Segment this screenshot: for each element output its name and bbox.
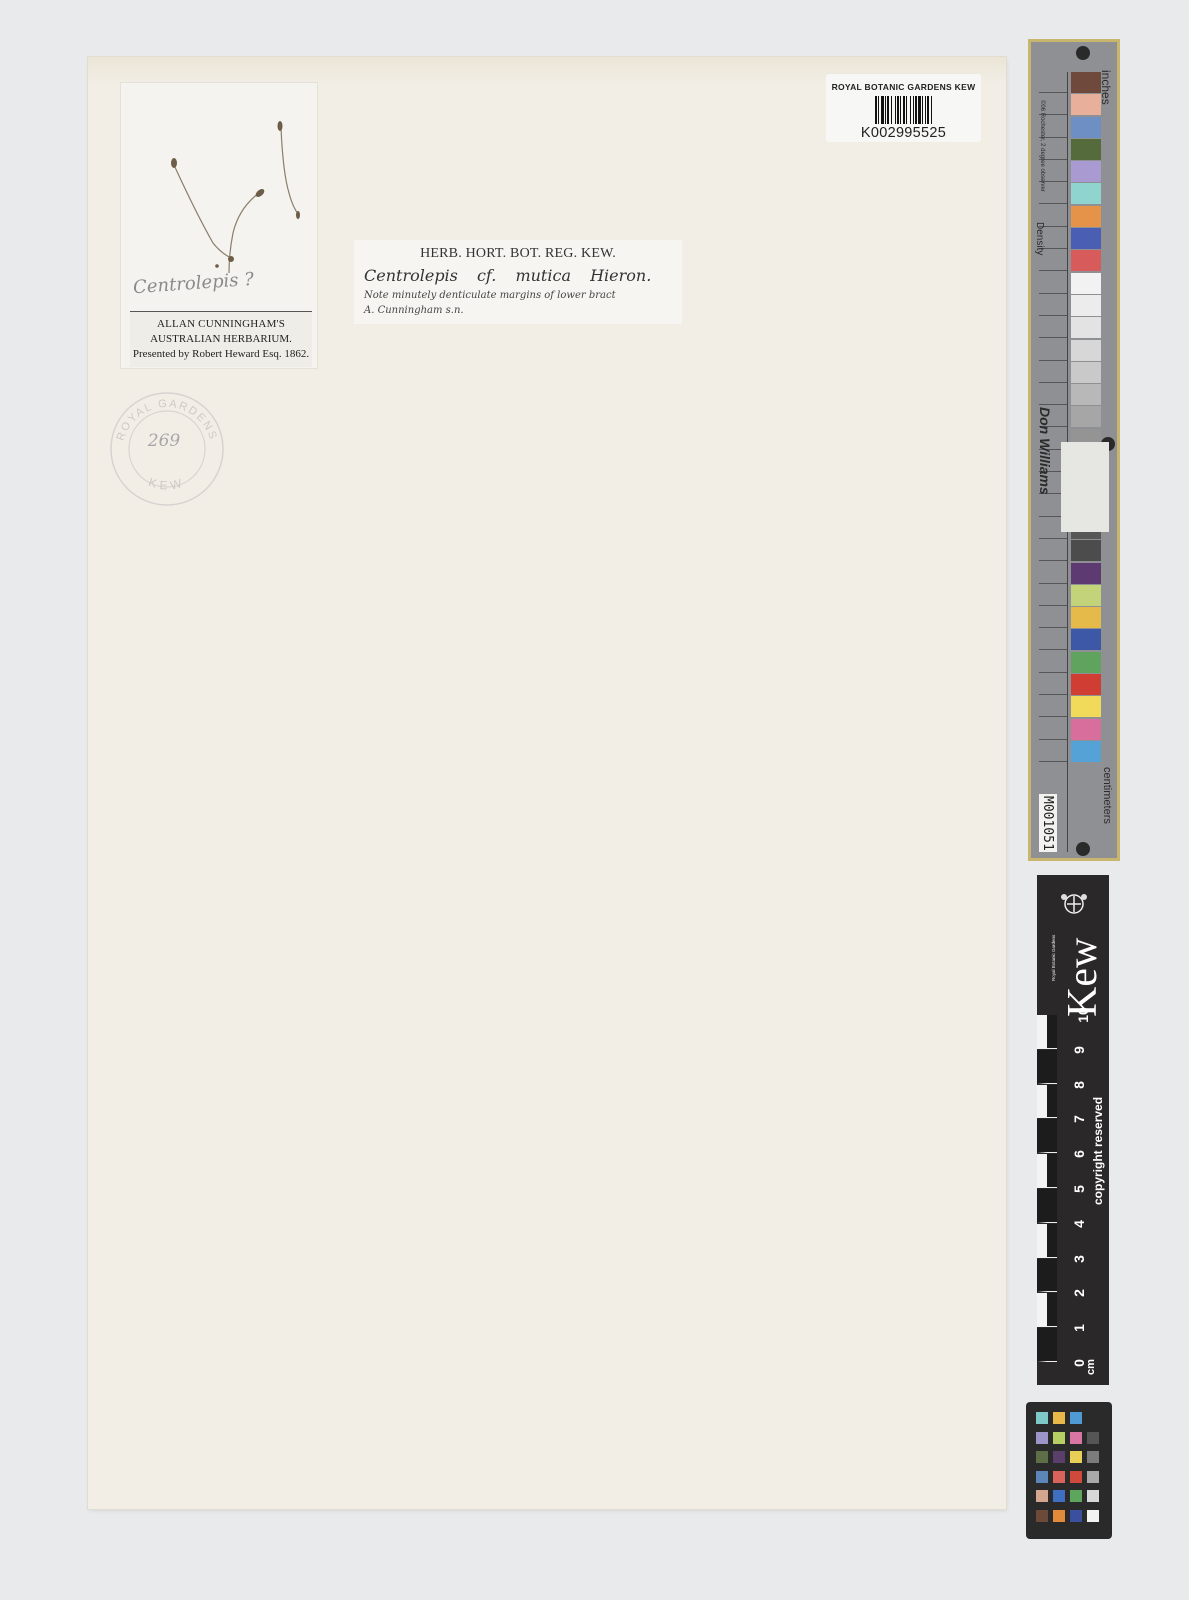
kew-cm-scale: Royal Botanic Gardens Kew 012345678910 c… [1037, 875, 1109, 1385]
colour-swatch [1071, 629, 1101, 650]
taxon-name: Centrolepis cf. mutica Hieron. [364, 266, 651, 285]
checker-patch [1087, 1432, 1099, 1444]
label-line: ALLAN CUNNINGHAM'S [130, 317, 312, 332]
checker-patch [1070, 1432, 1082, 1444]
colour-swatch [1071, 741, 1101, 762]
checker-patch [1053, 1471, 1065, 1483]
cm-tick-label: 1 [1071, 1324, 1087, 1332]
colour-swatch [1071, 94, 1101, 115]
cunningham-label: ALLAN CUNNINGHAM'S AUSTRALIAN HERBARIUM.… [130, 311, 312, 367]
checker-patch [1070, 1412, 1082, 1424]
checker-patch [1053, 1451, 1065, 1463]
inches-label: inches [1099, 70, 1113, 105]
colour-checker-card [1026, 1402, 1112, 1539]
institution-name: ROYAL BOTANIC GARDENS KEW [826, 82, 981, 92]
resolution-target [1061, 442, 1109, 532]
determination-note: Note minutely denticulate margins of low… [364, 290, 616, 301]
colour-checker-grid [1036, 1412, 1099, 1522]
cm-tick-label: 6 [1071, 1150, 1087, 1158]
cm-tick-label: 9 [1071, 1046, 1087, 1054]
checker-patch [1087, 1451, 1099, 1463]
copyright-text: copyright reserved [1091, 1097, 1105, 1205]
checker-patch [1053, 1412, 1065, 1424]
cm-ruler-blocks [1037, 1015, 1059, 1363]
colour-reference-bar: inches ©06 Rochester, 2 degree observer … [1028, 39, 1120, 861]
specimen-packet: Centrolepis ? ALLAN CUNNINGHAM'S AUSTRAL… [121, 83, 317, 368]
colour-swatch [1071, 540, 1101, 561]
checker-patch [1087, 1510, 1099, 1522]
colour-swatch [1071, 273, 1101, 294]
checker-patch [1036, 1490, 1048, 1502]
cm-tick-label: 7 [1071, 1115, 1087, 1123]
colour-swatch [1071, 117, 1101, 138]
colour-swatch [1071, 295, 1101, 316]
colour-swatch [1071, 206, 1101, 227]
label-line: AUSTRALIAN HERBARIUM. [130, 332, 312, 347]
colour-swatch [1071, 719, 1101, 740]
colour-swatches [1071, 72, 1101, 763]
centimeters-label: centimeters [1101, 767, 1113, 824]
colour-swatch [1071, 72, 1101, 93]
cm-tick-label: 3 [1071, 1255, 1087, 1263]
barcode-number: K002995525 [826, 125, 981, 141]
colour-swatch [1071, 384, 1101, 405]
svg-text:KEW: KEW [147, 475, 187, 493]
checker-patch [1053, 1510, 1065, 1522]
checker-patch [1036, 1412, 1048, 1424]
cm-tick-label: 8 [1071, 1081, 1087, 1089]
mount-hole-icon [1076, 46, 1090, 60]
cm-tick-label: 10 [1075, 1007, 1091, 1023]
kew-subtitle: Royal Botanic Gardens [1051, 935, 1056, 981]
determination-label: HERB. HORT. BOT. REG. KEW. Centrolepis c… [354, 240, 682, 324]
kew-crest-icon [1059, 889, 1089, 919]
cm-unit-label: cm [1085, 1359, 1097, 1375]
label-line: Presented by Robert Heward Esq. 1862. [130, 347, 312, 362]
barcode-label: ROYAL BOTANIC GARDENS KEW K002995525 [826, 74, 981, 142]
colour-swatch [1071, 674, 1101, 695]
checker-patch [1053, 1432, 1065, 1444]
checker-patch [1087, 1412, 1099, 1424]
herbarium-heading: HERB. HORT. BOT. REG. KEW. [354, 246, 682, 262]
checker-patch [1036, 1432, 1048, 1444]
colour-swatch [1071, 183, 1101, 204]
cm-tick-label: 2 [1071, 1289, 1087, 1297]
stamp-number: 269 [147, 431, 181, 451]
stamp-text-bottom: KEW [147, 475, 187, 493]
brand-label: Don Williams [1037, 407, 1053, 495]
checker-patch [1087, 1471, 1099, 1483]
kew-logo: Kew [1059, 938, 1107, 1017]
colour-swatch [1071, 607, 1101, 628]
royal-gardens-stamp: ROYAL GARDENS KEW 269 [108, 390, 226, 508]
checker-patch [1070, 1471, 1082, 1483]
colour-swatch [1071, 406, 1101, 427]
colour-swatch [1071, 139, 1101, 160]
checker-patch [1070, 1490, 1082, 1502]
colour-swatch [1071, 317, 1101, 338]
mount-hole-icon [1076, 842, 1090, 856]
colour-swatch [1071, 696, 1101, 717]
checker-patch [1036, 1510, 1048, 1522]
checker-patch [1087, 1490, 1099, 1502]
colour-swatch [1071, 228, 1101, 249]
colour-swatch [1071, 362, 1101, 383]
cm-tick-label: 4 [1071, 1220, 1087, 1228]
serial-number-tag: M001051 [1039, 794, 1057, 852]
colour-swatch [1071, 161, 1101, 182]
colour-swatch [1071, 585, 1101, 606]
checker-patch [1036, 1451, 1048, 1463]
density-label: Density [1034, 222, 1045, 255]
barcode-icon [853, 96, 955, 124]
collector: A. Cunningham s.n. [364, 305, 464, 316]
colour-swatch [1071, 340, 1101, 361]
checker-patch [1070, 1510, 1082, 1522]
checker-patch [1053, 1490, 1065, 1502]
side-note: ©06 Rochester, 2 degree observer [1039, 100, 1045, 192]
checker-patch [1070, 1451, 1082, 1463]
colour-swatch [1071, 652, 1101, 673]
checker-patch [1036, 1471, 1048, 1483]
cm-tick-label: 5 [1071, 1185, 1087, 1193]
colour-swatch [1071, 250, 1101, 271]
colour-swatch [1071, 563, 1101, 584]
